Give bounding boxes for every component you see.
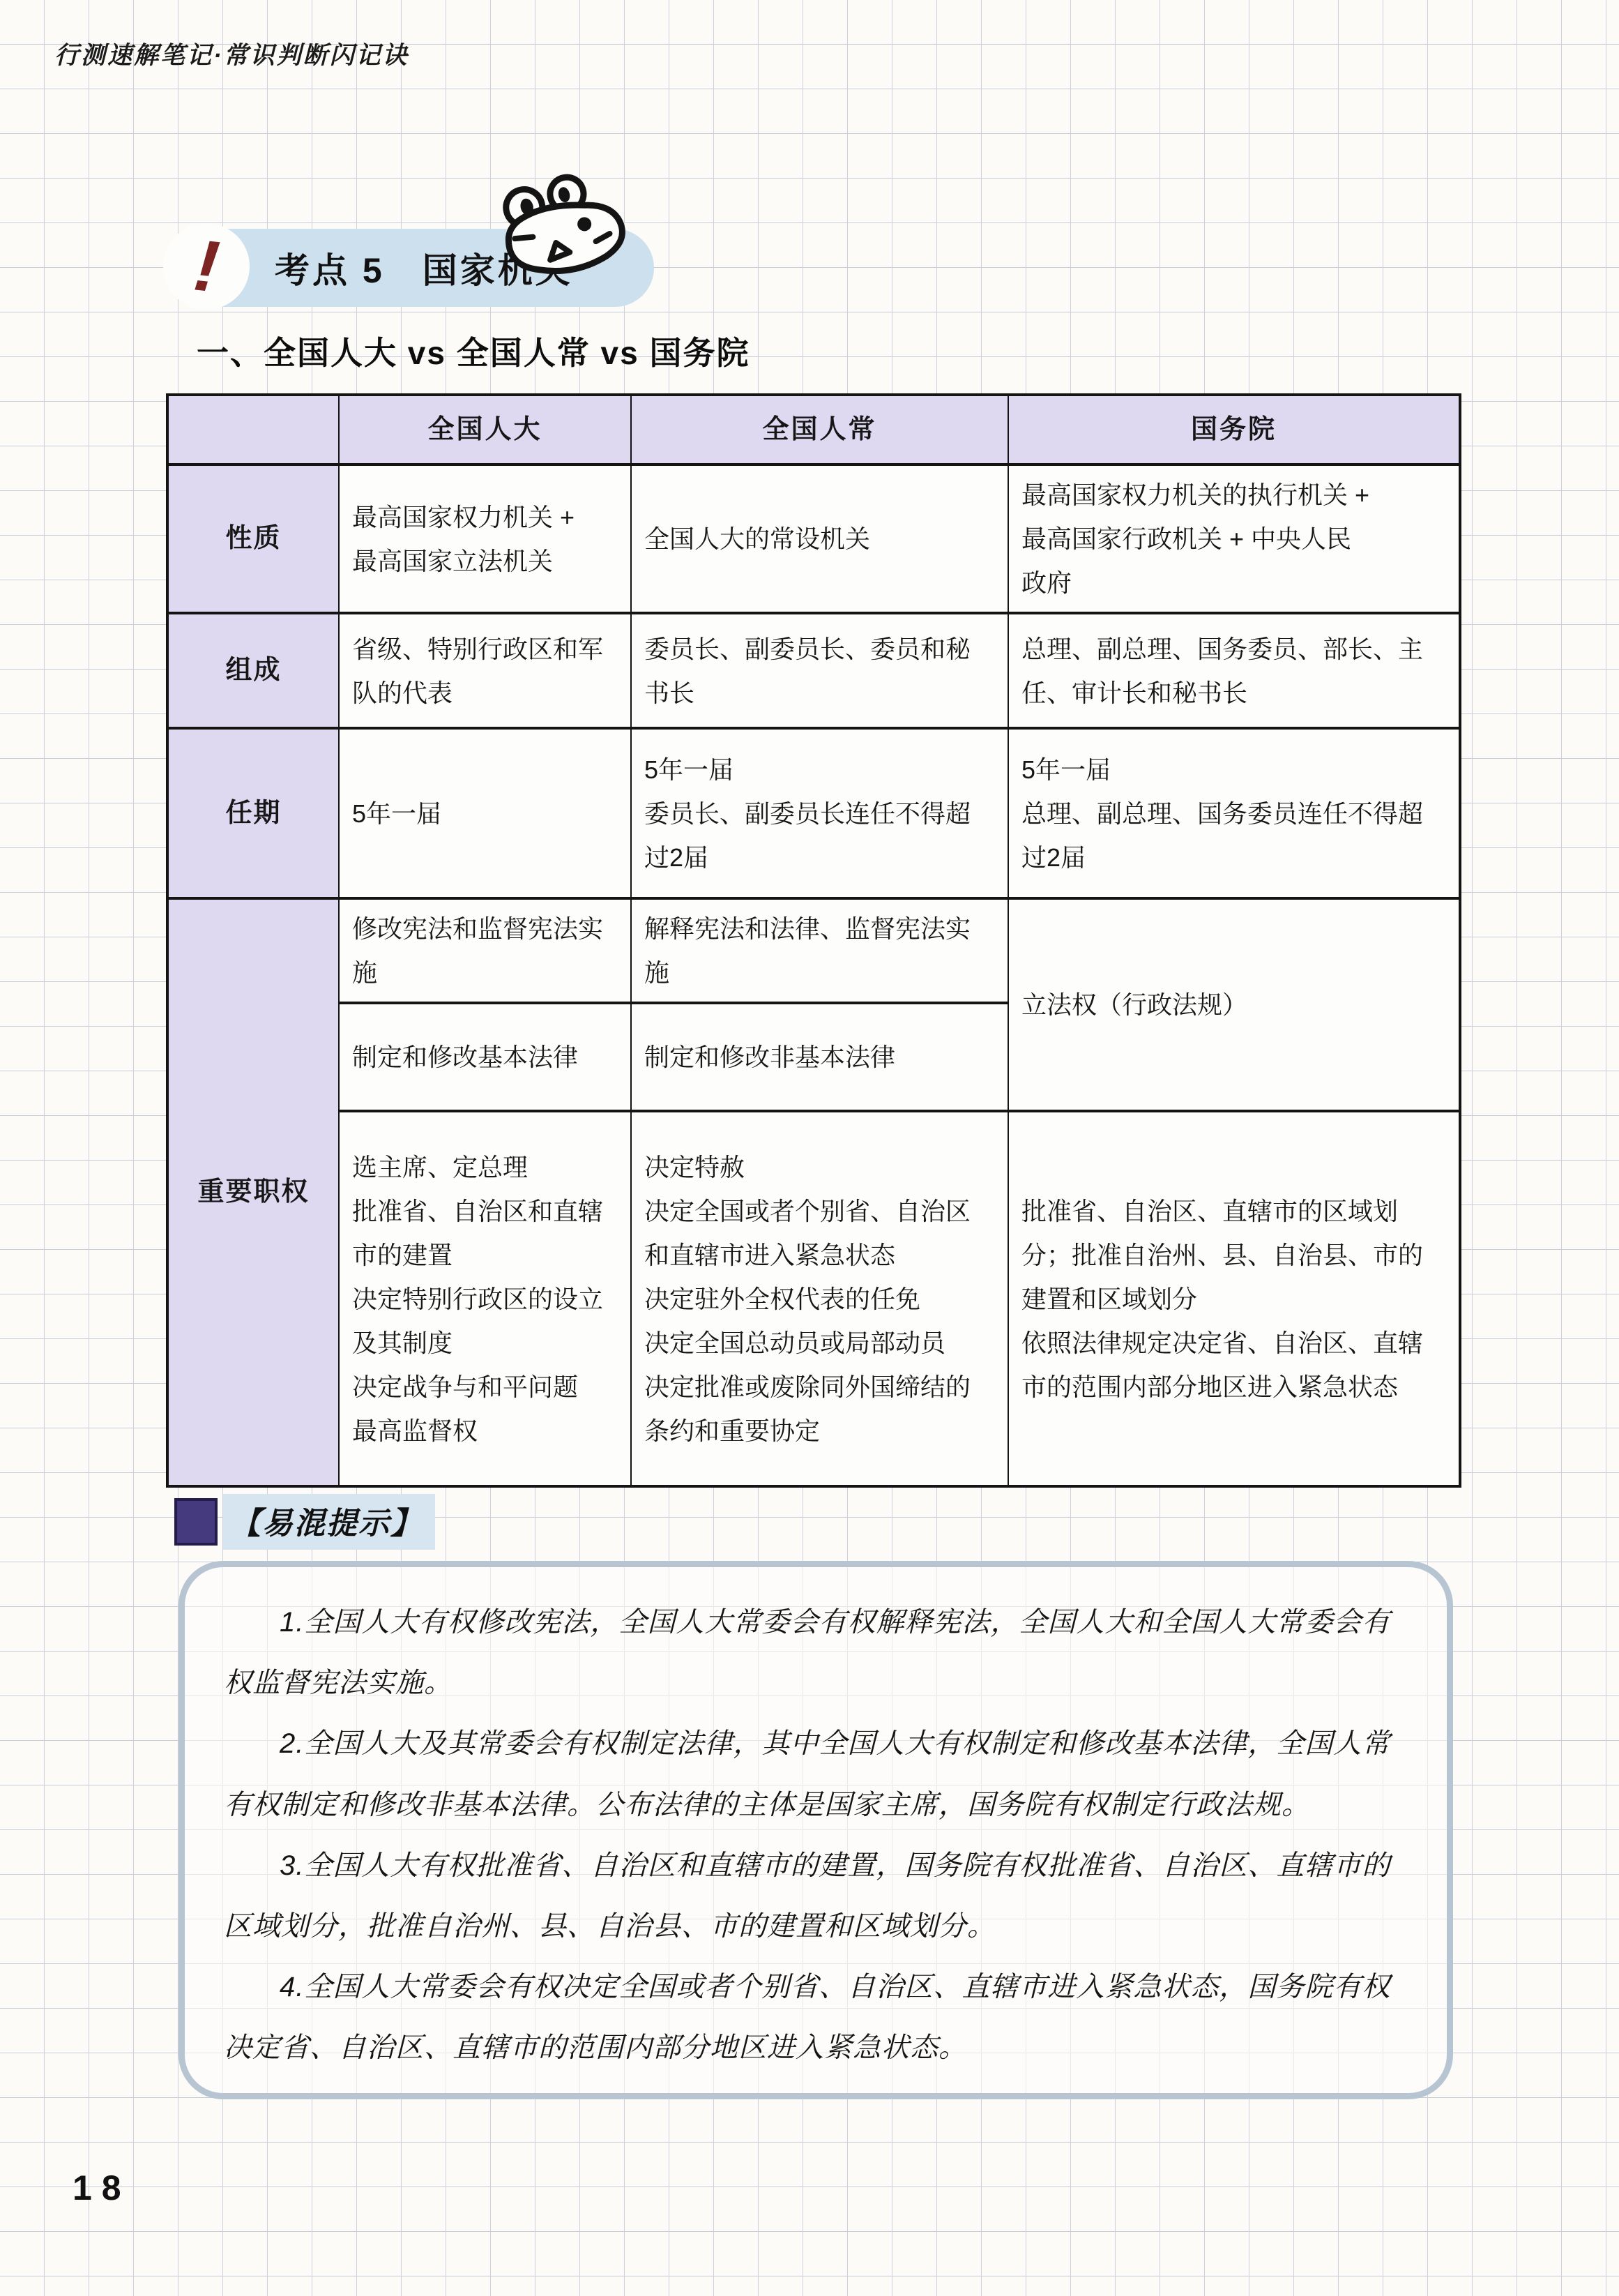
notebook-page: 行测速解笔记·常识判断闪记诀 考点 5 国家机关 ! 一、全国人大 vs 全国人… — [0, 0, 1619, 2296]
page-number: 18 — [73, 2168, 131, 2208]
cell-powers2-npcsc: 制定和修改非基本法律 — [631, 1003, 1008, 1111]
exclamation-badge: ! — [163, 223, 250, 310]
cell-nature-npcsc: 全国人大的常设机关 — [631, 465, 1008, 613]
cell-powers1-npc: 修改宪法和监督宪法实施 — [339, 898, 631, 1003]
bunny-doodle-icon — [481, 167, 648, 296]
row-header-nature: 性质 — [167, 465, 339, 613]
cell-composition-npcsc: 委员长、副委员长、委员和秘书长 — [631, 613, 1008, 728]
table-row-composition: 组成 省级、特别行政区和军队的代表 委员长、副委员长、委员和秘书长 总理、副总理… — [167, 613, 1460, 728]
cell-powers3-npcsc: 决定特赦 决定全国或者个别省、自治区和直辖市进入紧急状态 决定驻外全权代表的任免… — [631, 1111, 1008, 1486]
running-header: 行测速解笔记·常识判断闪记诀 — [54, 36, 409, 71]
table-row-powers-3: 选主席、定总理 批准省、自治区和直辖市的建置 决定特别行政区的设立及其制度 决定… — [167, 1111, 1460, 1486]
table-row-term: 任期 5年一届 5年一届 委员长、副委员长连任不得超过2届 5年一届 总理、副总… — [167, 728, 1460, 898]
col-header-blank — [167, 395, 339, 465]
tip-item: 3.全国人大有权批准省、自治区和直辖市的建置，国务院有权批准省、自治区、直辖市的… — [224, 1836, 1408, 1957]
col-header-state-council: 国务院 — [1008, 395, 1460, 465]
row-header-term: 任期 — [167, 728, 339, 898]
cell-nature-sc: 最高国家权力机关的执行机关 + 最高国家行政机关 + 中央人民 政府 — [1008, 465, 1460, 613]
cell-term-npcsc: 5年一届 委员长、副委员长连任不得超过2届 — [631, 728, 1008, 898]
tips-box: 1.全国人大有权修改宪法，全国人大常委会有权解释宪法，全国人大和全国人大常委会有… — [178, 1561, 1453, 2099]
cell-powers-sc-legislative: 立法权（行政法规） — [1008, 898, 1460, 1111]
table-row-nature: 性质 最高国家权力机关 + 最高国家立法机关 全国人大的常设机关 最高国家权力机… — [167, 465, 1460, 613]
row-header-composition: 组成 — [167, 613, 339, 728]
cell-powers1-npcsc: 解释宪法和法律、监督宪法实施 — [631, 898, 1008, 1003]
row-header-powers: 重要职权 — [167, 898, 339, 1486]
col-header-npc: 全国人大 — [339, 395, 631, 465]
tips-heading: 【易混提示】 — [223, 1494, 435, 1550]
cell-powers3-npc: 选主席、定总理 批准省、自治区和直辖市的建置 决定特别行政区的设立及其制度 决定… — [339, 1111, 631, 1486]
cell-composition-npc: 省级、特别行政区和军队的代表 — [339, 613, 631, 728]
cell-term-npc: 5年一届 — [339, 728, 631, 898]
table-header-row: 全国人大 全国人常 国务院 — [167, 395, 1460, 465]
tip-item: 4.全国人大常委会有权决定全国或者个别省、自治区、直辖市进入紧急状态，国务院有权… — [224, 1957, 1408, 2078]
cell-term-sc: 5年一届 总理、副总理、国务委员连任不得超过2届 — [1008, 728, 1460, 898]
tips-heading-block: 【易混提示】 — [174, 1494, 435, 1550]
cell-powers2-npc: 制定和修改基本法律 — [339, 1003, 631, 1111]
tip-item: 1.全国人大有权修改宪法，全国人大常委会有权解释宪法，全国人大和全国人大常委会有… — [224, 1592, 1408, 1714]
square-bullet-icon — [174, 1498, 218, 1546]
cell-powers3-sc: 批准省、自治区、直辖市的区域划分；批准自治州、县、自治县、市的建置和区域划分 依… — [1008, 1111, 1460, 1486]
cell-nature-npc: 最高国家权力机关 + 最高国家立法机关 — [339, 465, 631, 613]
table-row-powers-1: 重要职权 修改宪法和监督宪法实施 解释宪法和法律、监督宪法实施 立法权（行政法规… — [167, 898, 1460, 1003]
exclamation-icon: ! — [190, 229, 222, 303]
col-header-npcsc: 全国人常 — [631, 395, 1008, 465]
section-subtitle: 一、全国人大 vs 全国人常 vs 国务院 — [197, 328, 750, 374]
comparison-table: 全国人大 全国人常 国务院 性质 最高国家权力机关 + 最高国家立法机关 全国人… — [166, 393, 1461, 1488]
cell-composition-sc: 总理、副总理、国务委员、部长、主任、审计长和秘书长 — [1008, 613, 1460, 728]
tip-item: 2.全国人大及其常委会有权制定法律，其中全国人大有权制定和修改基本法律，全国人常… — [224, 1714, 1408, 1835]
